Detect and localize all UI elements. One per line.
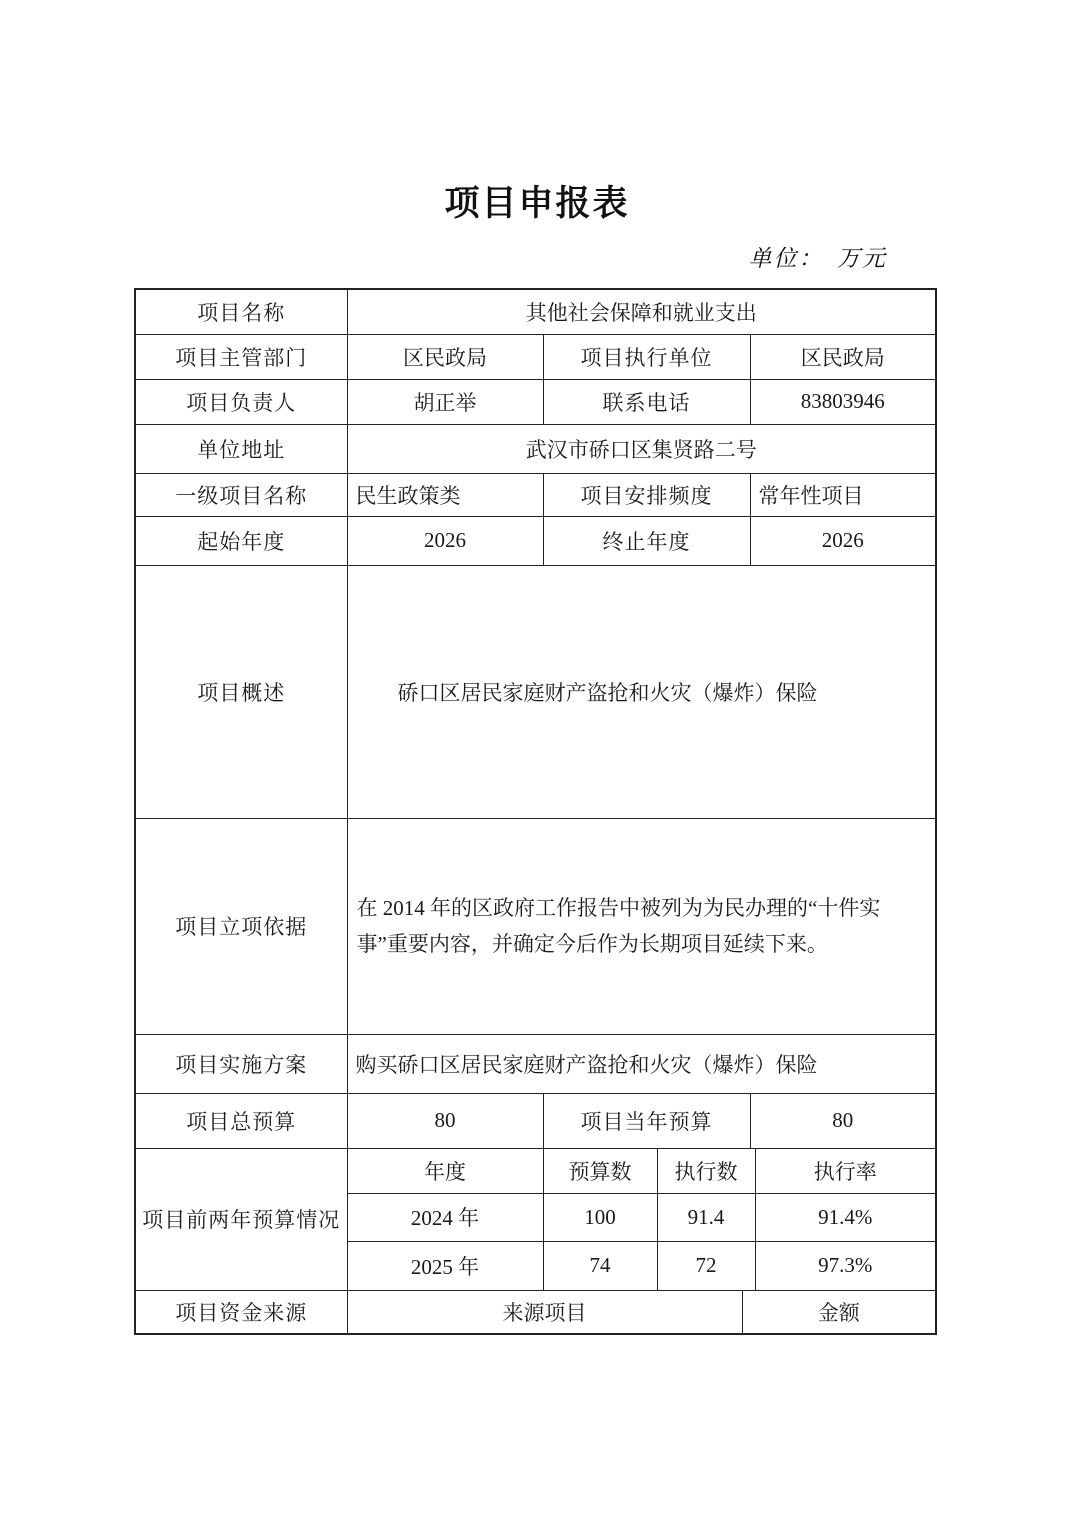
history-2024-budget: 100 — [543, 1193, 657, 1241]
field-label-level1-project-name: 一级项目名称 — [135, 473, 347, 516]
funding-source-header: 来源项目 — [347, 1290, 742, 1334]
field-label-project-overview: 项目概述 — [135, 565, 347, 818]
field-label-total-budget: 项目总预算 — [135, 1093, 347, 1148]
history-header-execution-rate: 执行率 — [755, 1148, 936, 1193]
field-label-project-name: 项目名称 — [135, 289, 347, 334]
field-label-approval-basis: 项目立项依据 — [135, 818, 347, 1034]
field-value-current-year-budget: 80 — [750, 1093, 936, 1148]
history-header-year: 年度 — [347, 1148, 543, 1193]
row-overview: 项目概述 硚口区居民家庭财产盗抢和火灾（爆炸）保险 — [135, 565, 936, 818]
field-value-executing-unit: 区民政局 — [750, 334, 936, 379]
field-value-total-budget: 80 — [347, 1093, 543, 1148]
document-page: 项目申报表 单位： 万元 项目名称 其他社会保障和就业支出 项目主管部门 区民政… — [0, 0, 1074, 1520]
row-funding-source: 项目资金来源 来源项目 金额 — [135, 1290, 936, 1334]
page-title: 项目申报表 — [0, 176, 1074, 226]
history-2024-year: 2024 年 — [347, 1193, 543, 1241]
field-value-project-name: 其他社会保障和就业支出 — [347, 289, 936, 334]
row-implementation-plan: 项目实施方案 购买硚口区居民家庭财产盗抢和火灾（爆炸）保险 — [135, 1034, 936, 1093]
history-2025-execution-rate: 97.3% — [755, 1241, 936, 1290]
row-history-header: 项目前两年预算情况 年度 预算数 执行数 执行率 — [135, 1148, 936, 1193]
field-label-unit-address: 单位地址 — [135, 424, 347, 473]
history-2024-executed: 91.4 — [657, 1193, 755, 1241]
field-label-contact-phone: 联系电话 — [543, 379, 750, 424]
field-value-supervisor-dept: 区民政局 — [347, 334, 543, 379]
row-basis: 项目立项依据 在 2014 年的区政府工作报告中被列为为民办理的“十件实事”重要… — [135, 818, 936, 1034]
field-label-current-year-budget: 项目当年预算 — [543, 1093, 750, 1148]
history-2024-execution-rate: 91.4% — [755, 1193, 936, 1241]
history-header-executed: 执行数 — [657, 1148, 755, 1193]
field-value-arrangement-frequency: 常年性项目 — [750, 473, 936, 516]
application-form-table: 项目名称 其他社会保障和就业支出 项目主管部门 区民政局 项目执行单位 区民政局… — [134, 288, 937, 1335]
history-2025-year: 2025 年 — [347, 1241, 543, 1290]
field-label-end-year: 终止年度 — [543, 516, 750, 565]
funding-amount-header: 金额 — [742, 1290, 936, 1334]
field-label-executing-unit: 项目执行单位 — [543, 334, 750, 379]
field-label-project-leader: 项目负责人 — [135, 379, 347, 424]
history-header-budget: 预算数 — [543, 1148, 657, 1193]
field-value-contact-phone: 83803946 — [750, 379, 936, 424]
field-label-funding-source: 项目资金来源 — [135, 1290, 347, 1334]
field-label-previous-two-years-budget: 项目前两年预算情况 — [135, 1148, 347, 1290]
field-value-project-leader: 胡正举 — [347, 379, 543, 424]
field-value-end-year: 2026 — [750, 516, 936, 565]
field-value-unit-address: 武汉市硚口区集贤路二号 — [347, 424, 936, 473]
field-value-project-overview: 硚口区居民家庭财产盗抢和火灾（爆炸）保险 — [347, 565, 936, 818]
field-label-arrangement-frequency: 项目安排频度 — [543, 473, 750, 516]
field-value-implementation-plan: 购买硚口区居民家庭财产盗抢和火灾（爆炸）保险 — [347, 1034, 936, 1093]
history-2025-executed: 72 — [657, 1241, 755, 1290]
row-budget: 项目总预算 80 项目当年预算 80 — [135, 1093, 936, 1148]
row-leader-phone: 项目负责人 胡正举 联系电话 83803946 — [135, 379, 936, 424]
row-address: 单位地址 武汉市硚口区集贤路二号 — [135, 424, 936, 473]
row-years: 起始年度 2026 终止年度 2026 — [135, 516, 936, 565]
field-label-start-year: 起始年度 — [135, 516, 347, 565]
field-value-start-year: 2026 — [347, 516, 543, 565]
field-label-supervisor-dept: 项目主管部门 — [135, 334, 347, 379]
history-2025-budget: 74 — [543, 1241, 657, 1290]
row-project-name: 项目名称 其他社会保障和就业支出 — [135, 289, 936, 334]
unit-note: 单位： 万元 — [749, 240, 888, 273]
field-value-level1-project-name: 民生政策类 — [347, 473, 543, 516]
row-departments: 项目主管部门 区民政局 项目执行单位 区民政局 — [135, 334, 936, 379]
field-label-implementation-plan: 项目实施方案 — [135, 1034, 347, 1093]
field-value-approval-basis: 在 2014 年的区政府工作报告中被列为为民办理的“十件实事”重要内容，并确定今… — [347, 818, 936, 1034]
row-level1-frequency: 一级项目名称 民生政策类 项目安排频度 常年性项目 — [135, 473, 936, 516]
